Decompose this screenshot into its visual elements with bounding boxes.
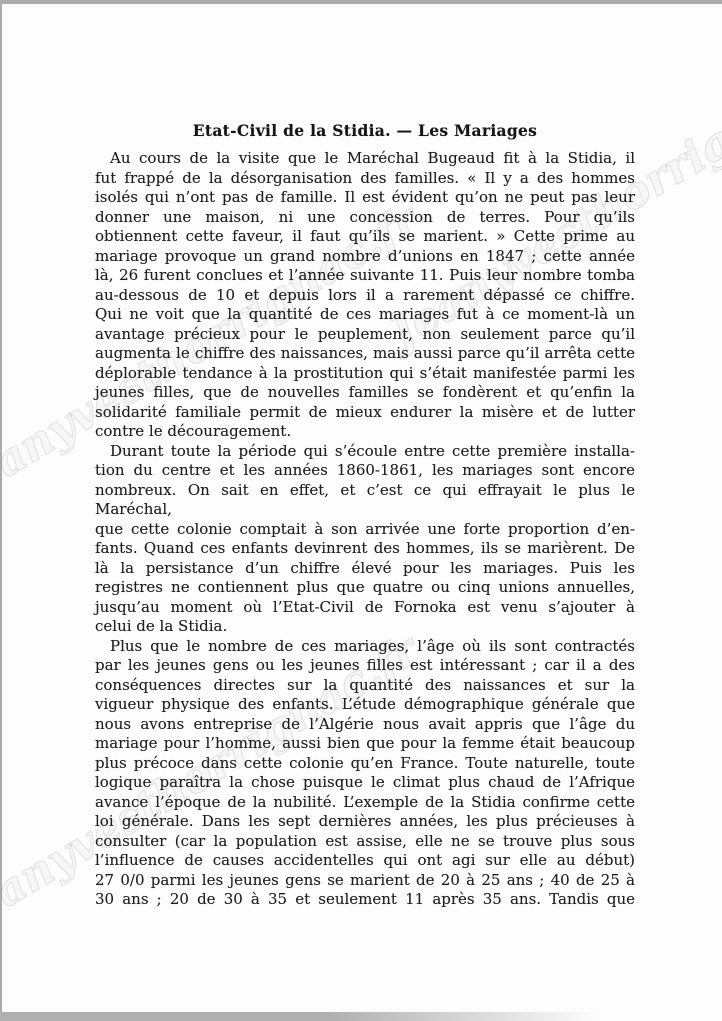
text-line: tion du centre et les années 1860-1861, … [95,461,635,481]
text-line: Plus que le nombre de ces mariages, l’âg… [95,637,635,657]
text-line: là, 26 furent conclues et l’année suivan… [95,266,635,286]
text-line: 30 ans ; 20 de 30 à 35 et seulement 11 a… [95,890,635,910]
text-line: donner une maison, ni une concession de … [95,208,635,228]
text-line: l’influence de causes accidentelles qui … [95,851,635,871]
text-line: Durant toute la période qui s’écoule ent… [95,442,635,462]
text-line: 27 0/0 parmi les jeunes gens se marient … [95,871,635,891]
paragraph: Durant toute la période qui s’écoule ent… [95,442,635,637]
text-line: mariage provoque un grand nombre d’union… [95,247,635,267]
text-line: vigueur physique des enfants. L’étude dé… [95,695,635,715]
paragraph: Au cours de la visite que le Maréchal Bu… [95,149,635,442]
text-line: nous avons entreprise de l’Algérie nous … [95,715,635,735]
text-line: là la persistance d’un chiffre élevé pou… [95,559,635,579]
text-line: jusqu’au moment où l’Etat-Civil de Forno… [95,598,635,618]
scan-edge-bottom [0,1012,600,1021]
document-body: Au cours de la visite que le Maréchal Bu… [95,149,635,910]
scan-edge-top [0,0,722,4]
text-line: avantage précieux pour le peuplement, no… [95,325,635,345]
text-line: contre le découragement. [95,422,635,442]
text-line: Au cours de la visite que le Maréchal Bu… [95,149,635,169]
text-line: que cette colonie comptait à son arrivée… [95,520,635,540]
text-line: isolés qui n’ont pas de famille. Il est … [95,188,635,208]
text-line: registres ne contiennent plus que quatre… [95,578,635,598]
text-line: conséquences directes sur la quantité de… [95,676,635,696]
text-line: logique paraîtra la chose puisque le cli… [95,773,635,793]
document-title: Etat-Civil de la Stidia. — Les Mariages [95,121,635,140]
text-line: avance l’époque de la nubilité. L’exempl… [95,793,635,813]
text-line: augmenta le chiffre des naissances, mais… [95,344,635,364]
text-line: plus précoce dans cette colonie qu’en Fr… [95,754,635,774]
text-line: mariage pour l’homme, aussi bien que pou… [95,734,635,754]
text-line: obtiennent cette faveur, il faut qu’ils … [95,227,635,247]
scan-edge-left [0,0,2,1021]
text-line: solidarité familiale permit de mieux end… [95,403,635,423]
text-line: par les jeunes gens ou les jeunes filles… [95,656,635,676]
text-line: fants. Quand ces enfants devinrent des h… [95,539,635,559]
text-line: jeunes filles, que de nouvelles familles… [95,383,635,403]
text-line: fut frappé de la désorganisation des fam… [95,169,635,189]
text-line: au-dessous de 10 et depuis lors il a rar… [95,286,635,306]
text-line: celui de la Stidia. [95,617,635,637]
text-line: Qui ne voit que la quantité de ces maria… [95,305,635,325]
text-line: consulter (car la population est assise,… [95,832,635,852]
text-line: déplorable tendance à la prostitution qu… [95,364,635,384]
text-line: nombreux. On sait en effet, et c’est ce … [95,481,635,520]
paragraph: Plus que le nombre de ces mariages, l’âg… [95,637,635,910]
text-line: loi générale. Dans les sept dernières an… [95,812,635,832]
scanned-page: Jeanyvesthorrignac.fr Jeanyvesthorrignac… [0,0,722,1021]
